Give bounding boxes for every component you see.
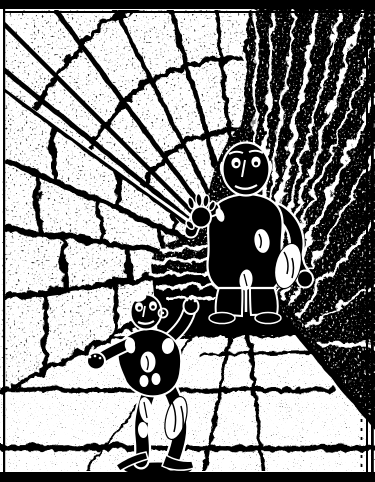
illustration-corridor-ogres [0, 0, 375, 482]
large-ogre-head [223, 143, 270, 196]
small-ogre-fist [87, 353, 105, 370]
frame-top-bar [0, 0, 375, 9]
frame-bottom-bar [0, 472, 375, 482]
frame-right-line [371, 0, 374, 482]
frame-left-line [3, 0, 5, 482]
scene-svg [0, 0, 375, 482]
frame-top-inner-line [3, 11, 369, 13]
frame-right-inner-line [366, 9, 368, 473]
